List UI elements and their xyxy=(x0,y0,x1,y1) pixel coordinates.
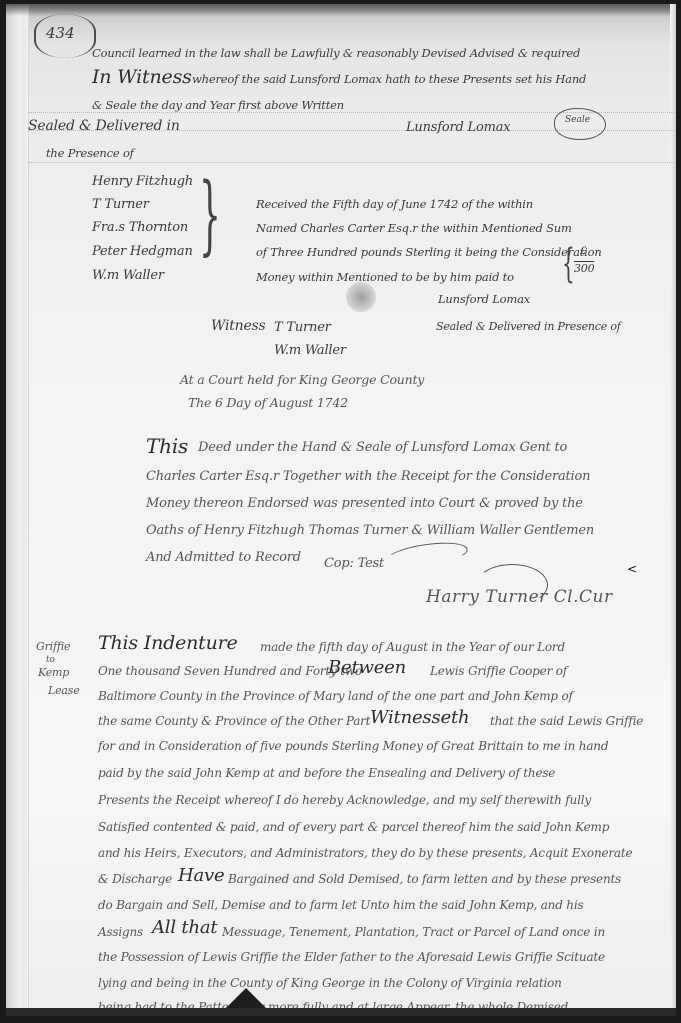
indenture-line-2b: Lewis Griffie Cooper of xyxy=(430,664,567,678)
indenture-line-10b: Bargained and Sold Demised, to farm lett… xyxy=(228,872,621,886)
bottom-shadow-mark xyxy=(224,988,268,1010)
top-line-2: whereof the said Lunsford Lomax hath to … xyxy=(192,72,586,86)
receipt-witness-1: T Turner xyxy=(274,320,331,335)
indenture-have: Have xyxy=(178,865,224,886)
indenture-line-11: do Bargain and Sell, Demise and to farm … xyxy=(98,898,583,912)
page-bottom-edge xyxy=(6,1008,676,1016)
receipt-signature: Lunsford Lomax xyxy=(438,292,530,306)
seal-mark: Seale xyxy=(554,108,606,140)
court-line-2: The 6 Day of August 1742 xyxy=(188,395,348,410)
indenture-line-8: Satisfied contented & paid, and of every… xyxy=(98,820,609,834)
receipt-line-4: Money within Mentioned to be by him paid… xyxy=(256,270,514,284)
indenture-line-7: Presents the Receipt whereof I do hereby… xyxy=(98,793,591,807)
folio-number: 434 xyxy=(34,14,96,58)
indenture-line-2: One thousand Seven Hundred and Forty two xyxy=(98,664,362,678)
witness-3: Fra.s Thornton xyxy=(92,220,188,235)
indenture-line-14: lying and being in the County of King Ge… xyxy=(98,976,562,990)
document-page: 434 Council learned in the law shall be … xyxy=(6,4,676,1016)
indenture-line-1: made the fifth day of August in the Year… xyxy=(260,640,565,654)
margin-note-2: to xyxy=(46,655,55,665)
receipt-sealed-line: Sealed & Delivered in Presence of xyxy=(436,320,621,333)
indenture-lead: This Indenture xyxy=(98,632,238,654)
witness-brace-icon: } xyxy=(199,172,221,258)
margin-note-3: Kemp xyxy=(38,666,69,679)
page-top-shadow xyxy=(6,4,676,16)
recording-lead: This xyxy=(146,434,188,458)
indenture-line-6: paid by the said John Kemp at and before… xyxy=(98,766,555,780)
receipt-witness-2: W.m Waller xyxy=(274,343,346,358)
witness-1: Henry Fitzhugh xyxy=(92,174,193,189)
indenture-line-5: for and in Consideration of five pounds … xyxy=(98,739,608,753)
indenture-line-10: & Discharge xyxy=(98,872,172,886)
receipt-line-1: Received the Fifth day of June 1742 of t… xyxy=(256,197,533,211)
amount-brace-icon: { xyxy=(562,244,575,284)
ink-smudge xyxy=(346,282,376,312)
receipt-witness-label: Witness xyxy=(211,318,266,334)
recording-line-1: Deed under the Hand & Seale of Lunsford … xyxy=(198,440,567,455)
folio-number-text: 434 xyxy=(46,24,75,42)
indenture-line-4b: that the said Lewis Griffie xyxy=(490,714,643,728)
page-binding xyxy=(6,4,29,1016)
indenture-witnesseth: Witnesseth xyxy=(370,707,469,728)
indenture-line-12b: Messuage, Tenement, Plantation, Tract or… xyxy=(222,925,605,939)
witness-4: Peter Hedgman xyxy=(92,244,193,259)
indenture-line-9: and his Heirs, Executors, and Administra… xyxy=(98,846,632,860)
witness-2: T Turner xyxy=(92,197,149,212)
recording-line-4: Oaths of Henry Fitzhugh Thomas Turner & … xyxy=(146,523,594,538)
indenture-line-12: Assigns xyxy=(98,925,143,939)
sealed-delivered-label: Sealed & Delivered in xyxy=(28,118,180,134)
page-right-edge xyxy=(670,4,676,1016)
receipt-amount: 300 xyxy=(574,262,594,275)
flourish-mark xyxy=(385,538,469,571)
margin-note-1: Griffie xyxy=(36,640,70,653)
pound-symbol: £ xyxy=(580,246,586,257)
indenture-line-3: Baltimore County in the Province of Mary… xyxy=(98,689,573,703)
receipt-line-2: Named Charles Carter Esq.r the within Me… xyxy=(256,221,572,235)
in-witness-label: In Witness xyxy=(92,66,192,88)
recording-line-3: Money thereon Endorsed was presented int… xyxy=(146,496,583,511)
receipt-line-3: of Three Hundred pounds Sterling it bein… xyxy=(256,245,602,259)
top-line-1: Council learned in the law shall be Lawf… xyxy=(92,46,580,60)
indenture-line-13: the Possession of Lewis Griffie the Elde… xyxy=(98,950,605,964)
cop-teste: Cop: Test xyxy=(324,556,384,571)
indenture-between: Between xyxy=(328,657,406,678)
top-line-3: & Seale the day and Year first above Wri… xyxy=(92,98,344,112)
recording-line-5: And Admitted to Record xyxy=(146,550,301,565)
ruled-line xyxy=(28,162,676,163)
seal-text: Seale xyxy=(565,115,590,125)
witness-5: W.m Waller xyxy=(92,268,164,283)
margin-note-4: Lease xyxy=(48,684,80,697)
presence-of-label: the Presence of xyxy=(46,146,134,160)
indenture-all-that: All that xyxy=(152,917,217,938)
recording-line-2: Charles Carter Esq.r Together with the R… xyxy=(146,469,590,484)
clerk-flourish xyxy=(476,564,548,606)
caret-mark: < xyxy=(627,562,637,576)
court-line-1: At a Court held for King George County xyxy=(180,372,424,387)
lomax-signature: Lunsford Lomax xyxy=(406,120,510,135)
indenture-line-4: the same County & Province of the Other … xyxy=(98,714,370,728)
